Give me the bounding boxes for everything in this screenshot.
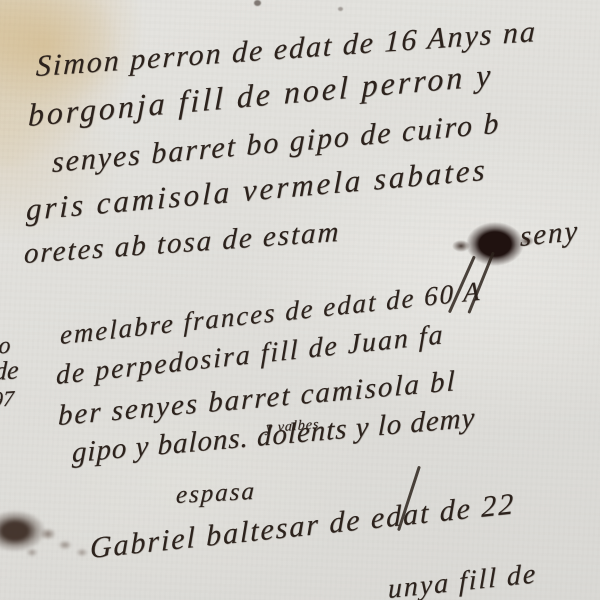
ink-smudge	[58, 540, 72, 550]
manuscript-line: seny	[520, 215, 579, 254]
ink-smudge	[76, 548, 88, 557]
ink-speck	[254, 0, 261, 6]
ink-smudge	[26, 548, 38, 557]
margin-note: de	[0, 355, 19, 387]
manuscript-line: espasa	[175, 478, 256, 510]
margin-note: 97	[0, 385, 14, 413]
ink-speck	[338, 7, 343, 11]
manuscript-line: Gabriel baltesar de edat de 22	[90, 487, 515, 566]
ink-smudge	[0, 510, 46, 552]
ink-blot	[466, 222, 524, 266]
manuscript-page: Simon perron de edat de 16 Anys na borgo…	[0, 0, 600, 600]
ink-smudge	[40, 528, 56, 540]
ink-blot	[452, 240, 470, 252]
manuscript-line: unya fill de	[388, 558, 537, 600]
